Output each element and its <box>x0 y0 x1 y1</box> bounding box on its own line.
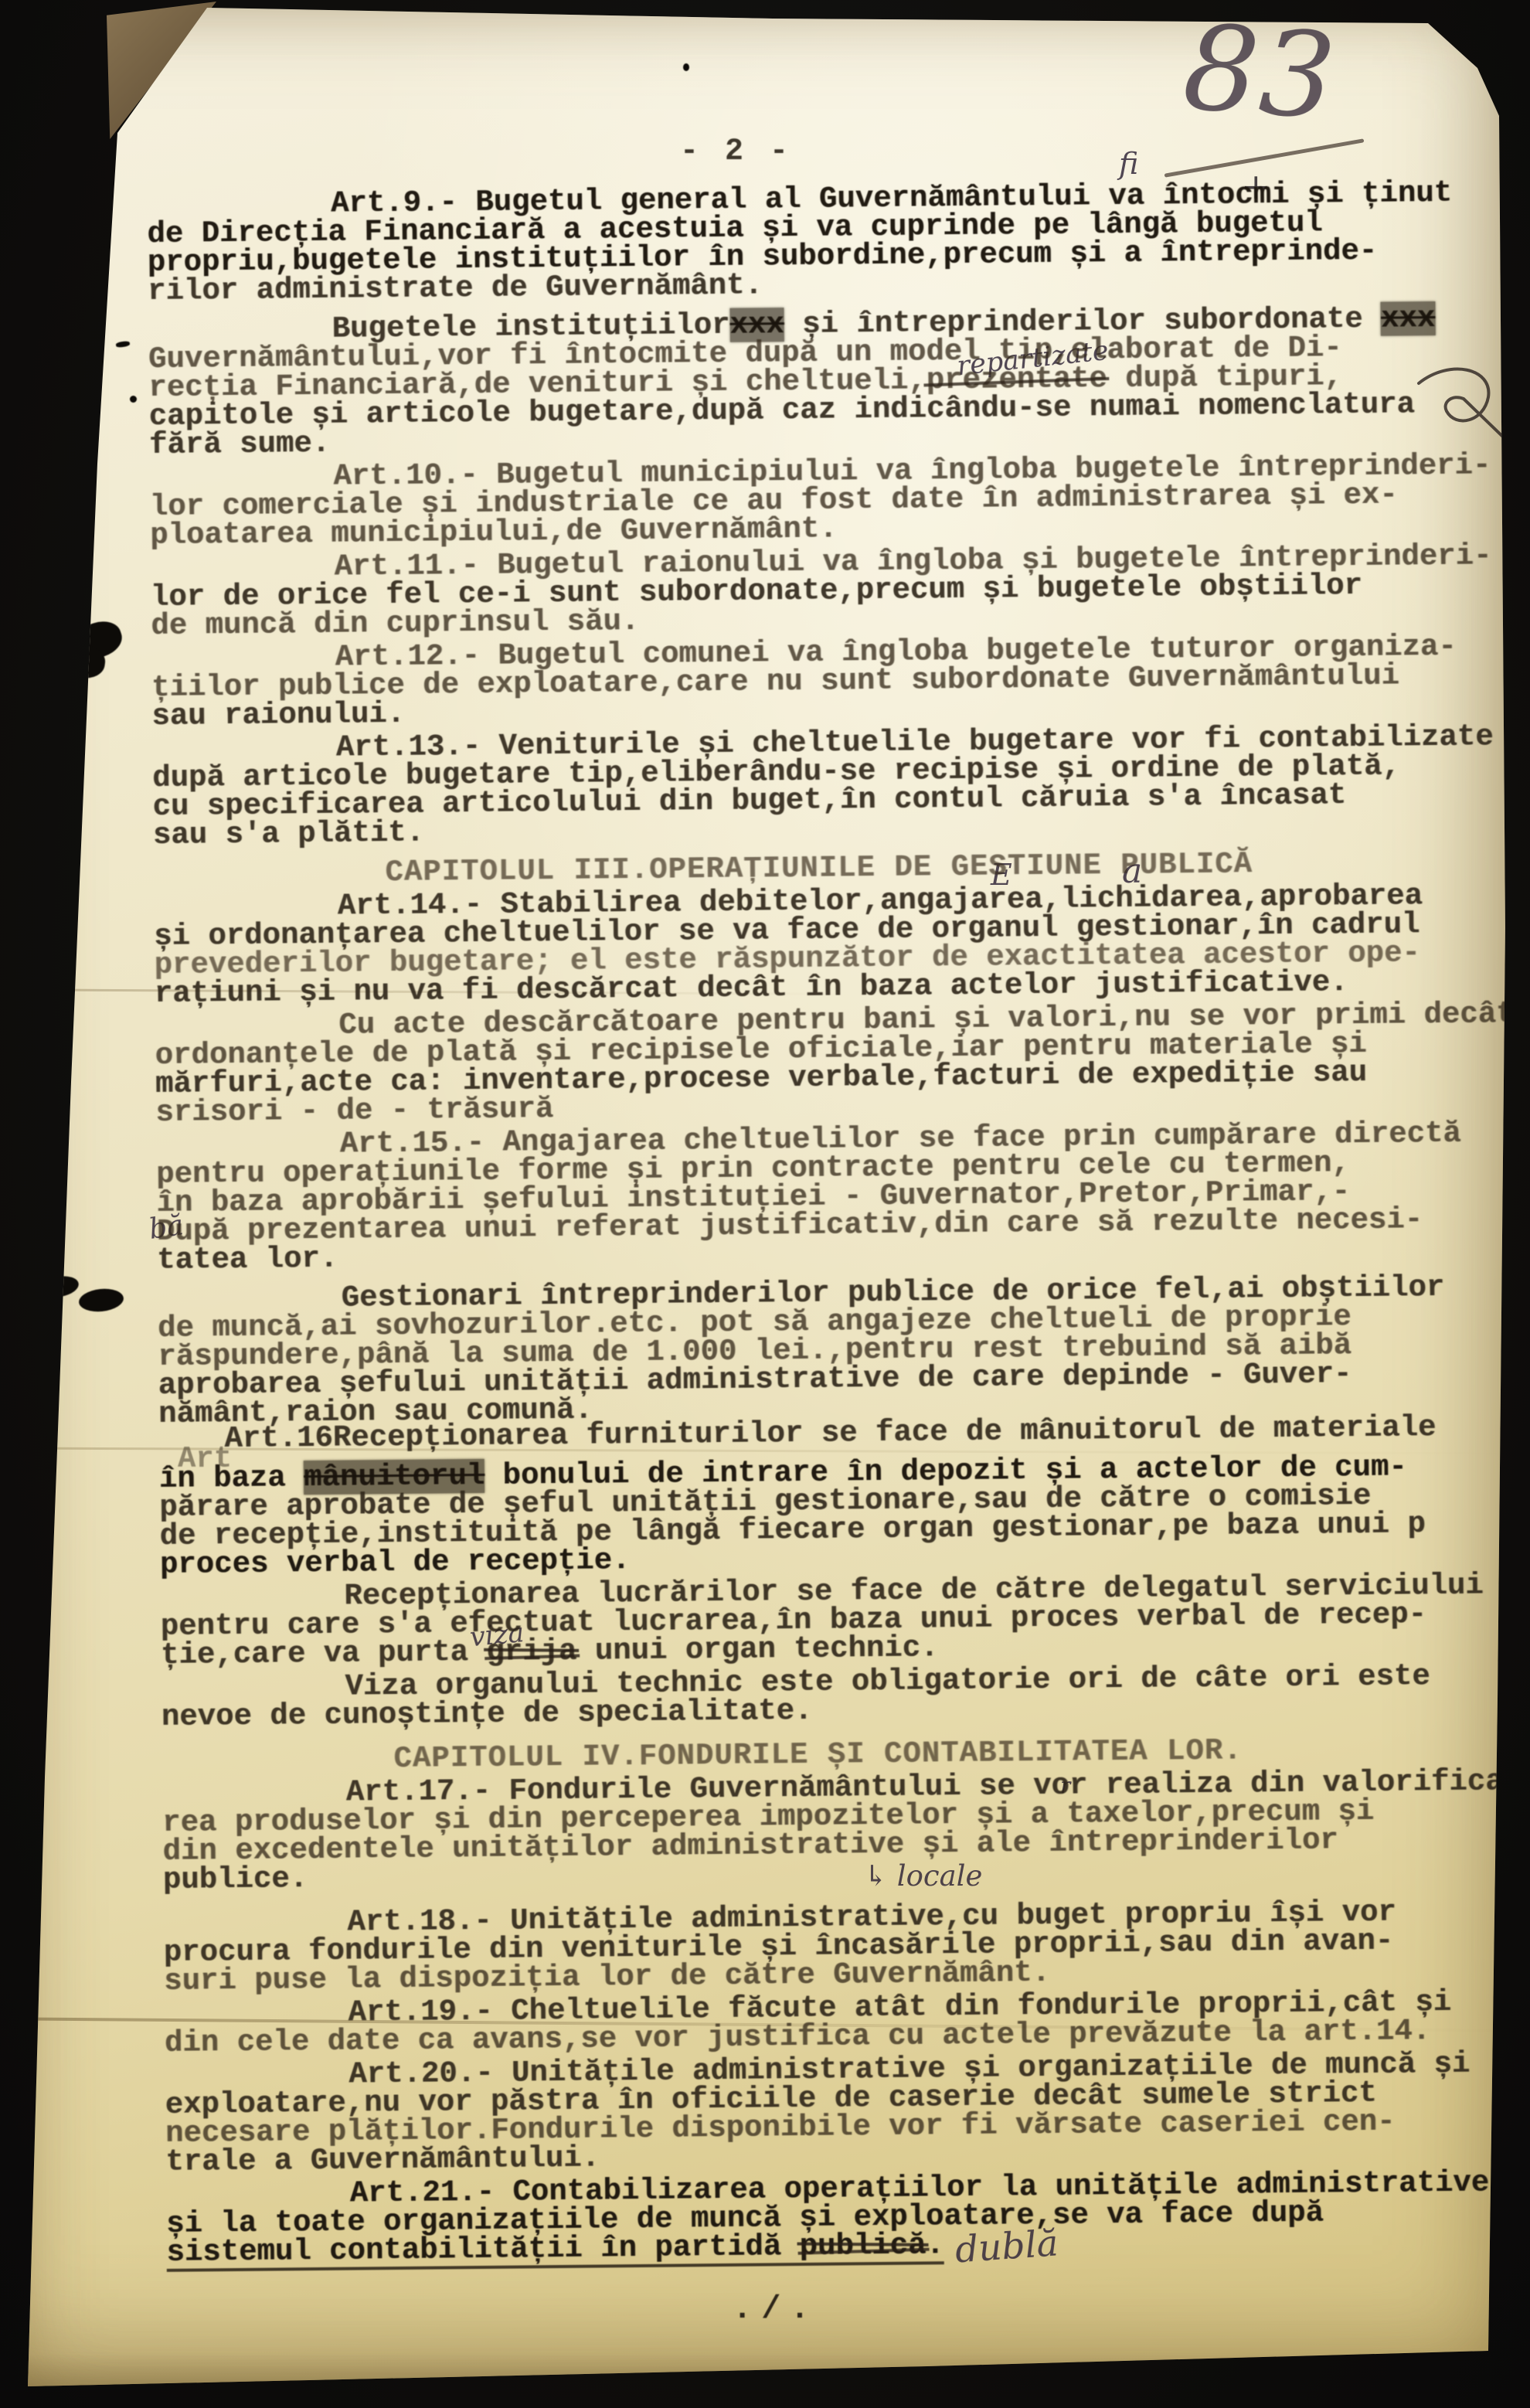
text-line: sau raionului. <box>151 700 405 731</box>
ink-blob <box>88 87 101 110</box>
text-line: cu specificarea articolului din buget,în… <box>152 781 1346 821</box>
text-line: aprobarea șefului unității administrativ… <box>158 1360 1352 1400</box>
text-line: proces verbal de recepție. <box>160 1546 631 1580</box>
end-of-page-mark: ./. <box>733 2291 819 2328</box>
text-lines: Art.9.- Bugetul general al Guvernământul… <box>147 179 1530 2272</box>
text-line: nevoe de cunoștințe de specialitate. <box>161 1697 813 1732</box>
page-number: - 2 - <box>680 134 792 169</box>
text-line: trale a Guvernământului. <box>165 2144 600 2176</box>
handwritten-fi: fi <box>1119 147 1138 181</box>
sheet-number-handwritten: 83 <box>1180 9 1341 136</box>
text-line: ploatarea municipiului,de Guvernământ. <box>150 515 838 550</box>
struck-word: xxx <box>1381 301 1436 336</box>
paper-sheet: - 2 - 83 fi + repartizate E a bă Art viz… <box>0 0 1530 2408</box>
text-line: mărfuri,acte ca: inventare,procese verba… <box>155 1059 1367 1099</box>
text-line: srisori - de - trăsură <box>155 1095 553 1127</box>
text-line: fără sume. <box>149 430 330 460</box>
text-line: sau s'a plătit. <box>153 819 424 850</box>
document-text: Art.9.- Bugetul general al Guvernământul… <box>147 179 1530 2272</box>
text-segment: ție,care va purta <box>161 1635 487 1672</box>
struck-word: grija <box>486 1634 576 1669</box>
text-line: lor de orice fel ce-i sunt subordonate,p… <box>151 572 1362 612</box>
ink-blob <box>130 396 137 403</box>
struck-word: prezentate <box>926 362 1107 397</box>
text-line: din excedentele unităților administrativ… <box>162 1826 1338 1866</box>
ink-blob <box>83 63 105 87</box>
text-segment: unui organ technic. <box>576 1631 938 1668</box>
text-segment: . <box>926 2228 944 2262</box>
text-segment: sistemul contabilității în partidă <box>166 2229 800 2270</box>
text-line: Art.16Recepționarea furniturilor se face… <box>224 1413 1436 1454</box>
text-line: publice. <box>163 1865 308 1895</box>
ink-speck <box>683 63 689 71</box>
text-line: rilor administrate de Guvernământ. <box>148 271 763 306</box>
text-line: de muncă din cuprinsul său. <box>151 607 639 641</box>
text-line: tatea lor. <box>157 1245 338 1275</box>
struck-word: publică <box>799 2228 926 2263</box>
